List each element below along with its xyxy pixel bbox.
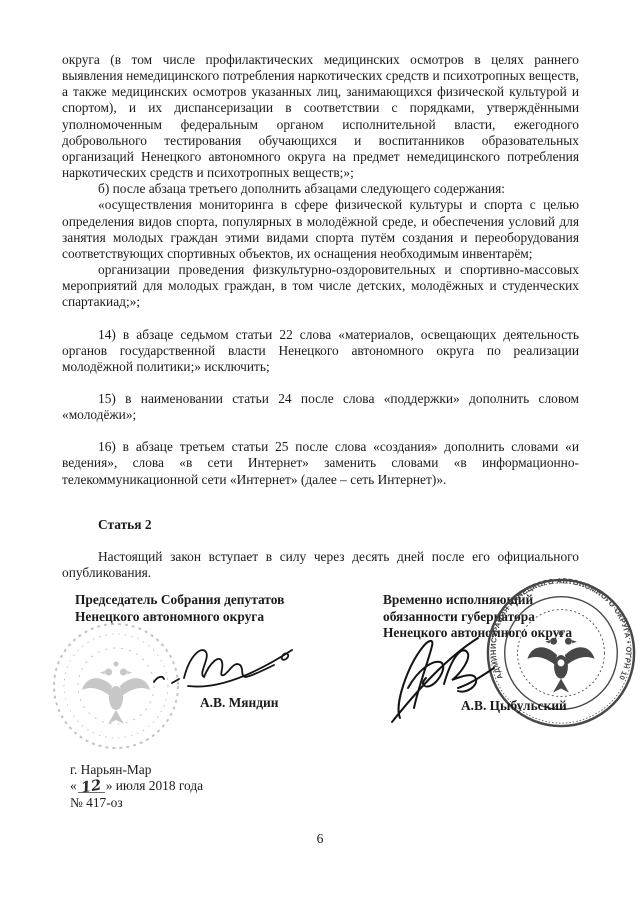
article-2-heading: Статья 2 <box>62 517 579 533</box>
left-signatory-title-line1: Председатель Собрания депутатов <box>75 592 284 609</box>
doc-footer-block: г. Нарьян-Мар «12» июля 2018 года № 417-… <box>70 762 203 811</box>
paragraph-events: организации проведения физкультурно-оздо… <box>62 262 579 310</box>
date-open-quote: « <box>70 778 77 793</box>
faint-eagle-icon <box>82 662 150 725</box>
document-page: округа (в том числе профилактических мед… <box>0 0 640 905</box>
paragraph-continuation: округа (в том числе профилактических мед… <box>62 52 579 181</box>
right-signatory-name: А.В. Цыбульский <box>461 698 567 714</box>
paragraph-item-15: 15) в наименовании статьи 24 после слова… <box>62 391 579 423</box>
date-day-blank: 12 <box>78 780 105 793</box>
law-text-block: округа (в том числе профилактических мед… <box>62 52 579 581</box>
page-number: 6 <box>0 831 640 847</box>
paragraph-item-16: 16) в абзаце третьем статьи 25 после сло… <box>62 439 579 487</box>
handwritten-day: 12 <box>80 780 102 795</box>
date-rest: » июля 2018 года <box>106 778 203 793</box>
paragraph-item-14: 14) в абзаце седьмом статьи 22 слова «ма… <box>62 327 579 375</box>
doc-number: № 417-оз <box>70 795 203 811</box>
doc-date-line: «12» июля 2018 года <box>70 778 203 794</box>
left-signatory-title: Председатель Собрания депутатов Ненецког… <box>75 592 284 625</box>
left-signatory-name: А.В. Мяндин <box>200 695 278 711</box>
eagle-icon <box>527 631 594 693</box>
left-signature-icon <box>148 636 298 703</box>
paragraph-item-b: б) после абзаца третьего дополнить абзац… <box>62 181 579 197</box>
left-signatory-title-line2: Ненецкого автономного округа <box>75 609 284 626</box>
doc-city: г. Нарьян-Мар <box>70 762 203 778</box>
paragraph-monitoring: «осуществления мониторинга в сфере физич… <box>62 197 579 262</box>
